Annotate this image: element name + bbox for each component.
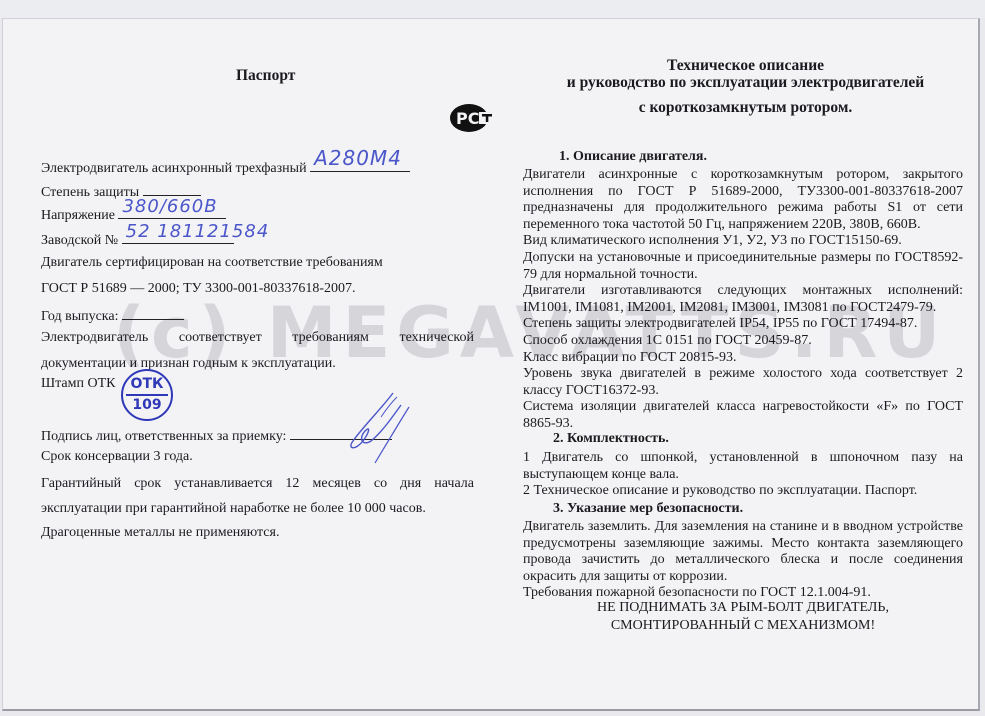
serial-row: Заводской № 52 181121584 [41,229,234,249]
signature-icon [331,389,421,469]
paragraph: Двигатель заземлить. Для заземления на с… [523,519,963,585]
stamp-top-text: ОТК [126,374,168,396]
protection-field[interactable] [143,181,201,196]
manual-title-line-3: с короткозамкнутым ротором. [523,99,968,117]
conservation-text: Срок консервации 3 года. [41,449,193,465]
otk-stamp: ОТК 109 [121,369,173,421]
warning-line-1: НЕ ПОДНИМАТЬ ЗА РЫМ-БОЛТ ДВИГАТЕЛЬ, [523,599,963,617]
precious-metals-text: Драгоценные металлы не применяются. [41,525,279,541]
section-heading-safety: 3. Указание мер безопасности. [553,501,743,517]
motor-model-field[interactable]: A280M4 [310,157,410,172]
voltage-handwritten: 380/660В [122,196,217,217]
paragraph: Уровень звука двигателей в режиме холост… [523,366,963,399]
conformity-line-2: документации и признан годным к эксплуат… [41,356,336,372]
manual-title-line-2: и руководство по эксплуатации электродви… [523,74,968,92]
motor-model-handwritten: A280M4 [314,146,402,170]
document-sheet: (c) MEGAVATTS.RU Паспорт PC Электродвига… [2,18,980,711]
voltage-field[interactable]: 380/660В [118,204,226,219]
year-field[interactable] [122,305,184,320]
svg-text:PC: PC [456,109,479,128]
safety-warning: НЕ ПОДНИМАТЬ ЗА РЫМ-БОЛТ ДВИГАТЕЛЬ, СМОН… [523,599,963,635]
section-heading-completeness: 2. Комплектность. [553,431,669,447]
paragraph: Вид климатического исполнения У1, У2, У3… [523,233,963,250]
section-heading-description: 1. Описание двигателя. [559,149,707,165]
stamp-label: Штамп ОТК [41,376,115,392]
paragraph: Двигатели изготавливаются следующих монт… [523,283,963,316]
section-safety: Двигатель заземлить. Для заземления на с… [523,519,963,602]
voltage-label: Напряжение [41,208,115,223]
paragraph: 2 Техническое описание и руководство по … [523,483,963,500]
manual-title-line-1: Техническое описание [523,57,968,75]
serial-field[interactable]: 52 181121584 [122,229,234,244]
paragraph: Система изоляции двигателей класса нагре… [523,399,963,432]
paragraph: Степень защиты электродвигателей IP54, I… [523,316,963,333]
paragraph: Двигатели асинхронные с короткозамкнутым… [523,167,963,233]
paragraph: Допуски на установочные и присоединитель… [523,250,963,283]
stamp-number: 109 [123,396,171,414]
signature-label: Подпись лиц, ответственных за приемку: [41,429,286,444]
warning-line-2: СМОНТИРОВАННЫЙ С МЕХАНИЗМОМ! [523,617,963,635]
certified-line-2: ГОСТ Р 51689 — 2000; ТУ 3300-001-8033761… [41,281,356,297]
pct-certification-icon: PC [449,103,497,133]
scanner-bed [0,0,985,18]
passport-title: Паспорт [236,67,295,85]
warranty-line-2: эксплуатации при гарантийной наработке н… [41,501,426,517]
paragraph: 1 Двигатель со шпонкой, установленной в … [523,450,963,483]
conformity-line-1: Электродвигатель соответствует требовани… [41,330,474,346]
certified-line-1: Двигатель сертифицирован на соответствие… [41,255,383,271]
section-description: Двигатели асинхронные с короткозамкнутым… [523,167,963,433]
year-row: Год выпуска: [41,305,184,325]
paragraph: Способ охлаждения 1С 0151 по ГОСТ 20459-… [523,333,963,350]
warranty-line-1: Гарантийный срок устанавливается 12 меся… [41,476,474,492]
motor-type-label: Электродвигатель асинхронный трехфазный [41,161,307,176]
section-completeness: 1 Двигатель со шпонкой, установленной в … [523,450,963,500]
year-label: Год выпуска: [41,309,119,324]
paragraph: Класс вибрации по ГОСТ 20815-93. [523,350,963,367]
motor-type-row: Электродвигатель асинхронный трехфазный … [41,157,410,177]
serial-handwritten: 52 181121584 [126,221,270,242]
serial-label: Заводской № [41,233,118,248]
